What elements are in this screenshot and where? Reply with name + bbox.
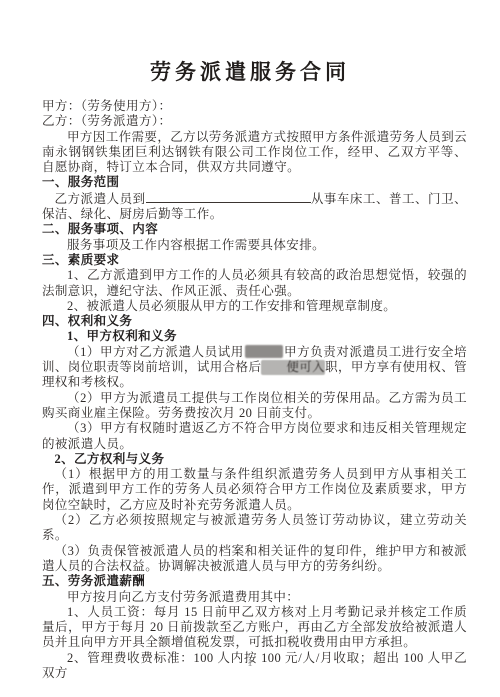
section-5-heading: 五、劳务派遣薪酬 <box>42 574 467 589</box>
contract-title: 劳务派遣服务合同 <box>0 0 500 86</box>
watermark-smudge: 便可入 <box>261 360 325 375</box>
preamble-paragraph: 甲方因工作需要，乙方以劳务派遣方式按照甲方条件派遣劳务人员到云南永钢钢铁集团巨利… <box>42 130 467 176</box>
section-4-sub2-item-3: （3）负责保管被派遣人员的档案和相关证件的复印件，维护甲方和被派遣人员的合法权益… <box>42 544 467 575</box>
section-5-item-1: 1、人员工资：每月 15 日前甲乙双方核对上月考勤记录并核定工作质量后，甲方于每… <box>42 605 467 651</box>
page-number: 1 <box>0 657 500 669</box>
section-4-sub1-heading: 1、甲方权利和义务 <box>42 329 467 344</box>
section-4-sub1-item-2: （2）甲方为派遣员工提供与工作岗位相关的劳保用品。乙方需为员工购买商业雇主保险。… <box>42 391 467 422</box>
watermark-stamp-icon <box>245 345 283 358</box>
section-4-heading: 四、权利和义务 <box>42 314 467 329</box>
section-2-body: 服务事项及工作内容根据工作需要具体安排。 <box>42 238 467 253</box>
section-4-sub1-item-3: （3）甲方有权随时遣返乙方不符合甲方岗位要求和违反相关管理规定的被派遣人员。 <box>42 421 467 452</box>
sub1-item1-text-before: （1）甲方对乙方派遣人员试用 <box>67 345 244 359</box>
dispatch-line-prefix: 乙方派遣人员到 <box>55 192 146 206</box>
section-3-item-2: 2、被派遣人员必须服从甲方的工作安排和管理规章制度。 <box>42 299 467 314</box>
section-4-sub2-item-2: （2）乙方必须按照规定与被派遣劳务人员签订劳动协议，建立劳动关系。 <box>42 513 467 544</box>
party-b-line: 乙方：（劳务派遣方）： <box>42 114 467 129</box>
contract-body: 甲方：（劳务使用方）： 乙方：（劳务派遣方）： 甲方因工作需要，乙方以劳务派遣方… <box>0 86 500 681</box>
section-3-heading: 三、素质要求 <box>42 253 467 268</box>
section-3-item-1: 1、乙方派遣到甲方工作的人员必须具有较高的政治思想觉悟，较强的法制意识，遵纪守法… <box>42 268 467 299</box>
section-4-sub2-heading: 2、乙方权利与义务 <box>42 452 467 467</box>
section-1-heading: 一、服务范围 <box>42 175 467 190</box>
blank-underline <box>146 191 311 203</box>
section-2-heading: 二、服务事项、内容 <box>42 222 467 237</box>
party-a-line: 甲方：（劳务使用方）： <box>42 99 467 114</box>
dispatch-destination-line: 乙方派遣人员到从事车床工、普工、门卫、保洁、绿化、厨房后勤等工作。 <box>42 191 467 223</box>
section-4-sub2-item-1: （1）根据甲方的用工数量与条件组织派遣劳务人员到甲方从事相关工作，派遣到甲方工作… <box>42 467 467 513</box>
contract-page: 劳务派遣服务合同 甲方：（劳务使用方）： 乙方：（劳务派遣方）： 甲方因工作需要… <box>0 0 500 697</box>
section-4-sub1-item-1: （1）甲方对乙方派遣人员试用甲方负责对派遣员工进行安全培训、岗位职责等岗前培训，… <box>42 345 467 391</box>
section-5-intro: 甲方按月向乙方支付劳务派遣费用其中： <box>42 590 467 605</box>
